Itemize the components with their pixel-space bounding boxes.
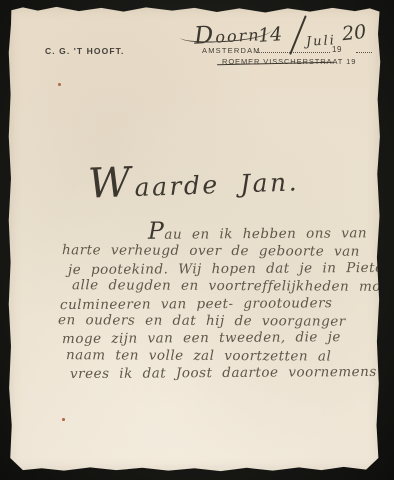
- paper-speck: [58, 83, 61, 86]
- letterhead-sender-name: C. G. 'T HOOFT.: [45, 46, 124, 56]
- body-line: je pootekind. Wij hopen dat je in Pieter: [68, 260, 380, 280]
- body-line: culmineeren van peet- grootouders: [60, 295, 380, 315]
- paper-speck: [62, 418, 65, 421]
- body-line: harte verheugd over de geboorte van: [62, 243, 380, 262]
- body-line: naam ten volle zal voortzetten al: [66, 347, 380, 366]
- handwritten-day: 14: [257, 23, 283, 47]
- salutation: Waarde Jan.: [87, 152, 299, 207]
- letter-body: Pau en ik hebben ons van harte verheugd …: [54, 222, 380, 383]
- handwritten-month: Juli: [306, 33, 337, 50]
- letter-paper: C. G. 'T HOOFT. Doorn AMSTERDAM 19 14 Ju…: [8, 6, 381, 472]
- body-line: moge zijn van een tweeden, die je: [62, 329, 380, 349]
- body-line: Pau en ik hebben ons van: [148, 221, 380, 244]
- printed-city: AMSTERDAM: [202, 46, 261, 55]
- body-line: alle deugden en voortreffelijkheden moge: [72, 277, 380, 296]
- body-line: vrees ik dat Joost daartoe voornemens: [70, 364, 380, 384]
- handwritten-year-suffix: 20: [341, 21, 367, 45]
- dotted-leader: [356, 42, 372, 53]
